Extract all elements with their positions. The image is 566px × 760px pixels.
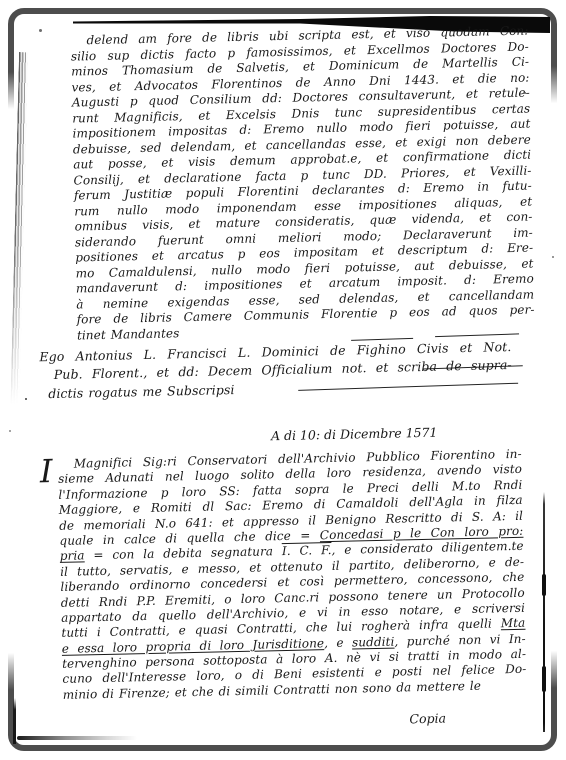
initial-flourish: I (40, 455, 53, 487)
page-edge-line-right (543, 492, 545, 732)
date-line: A di 10: di Dicembre 1571 (239, 424, 469, 444)
speck (9, 430, 11, 432)
emphasized-phrase: Mta (501, 616, 526, 631)
scanner-smudge (17, 736, 137, 740)
emphasized-phrase: I. C. F. (282, 543, 332, 558)
page-edge-blob (542, 666, 546, 692)
speck (552, 256, 554, 258)
page-edge-line-bottom-left (13, 698, 16, 744)
page-edge-blob (542, 574, 546, 596)
manuscript-content: delend am fore de libris ubi scripta est… (0, 0, 566, 760)
speck (25, 398, 27, 400)
signature-block: Ego Antonius L. Francisci L. Dominici de… (39, 338, 512, 403)
lower-text-block: Magnifici Sig:ri Conservatori dell'Archi… (58, 447, 527, 703)
phrase: , purché non vi In- (394, 631, 526, 648)
emphasized-phrase: sudditi (352, 634, 395, 649)
phrase: , e (324, 635, 352, 650)
speck (39, 29, 42, 32)
emphasized-phrase: pria (60, 549, 85, 564)
speck (524, 92, 526, 94)
copy-note: Copia (409, 711, 446, 727)
scanned-manuscript-page: delend am fore de libris ubi scripta est… (0, 0, 566, 760)
upper-text-block: delend am fore de libris ubi scripta est… (70, 24, 535, 344)
